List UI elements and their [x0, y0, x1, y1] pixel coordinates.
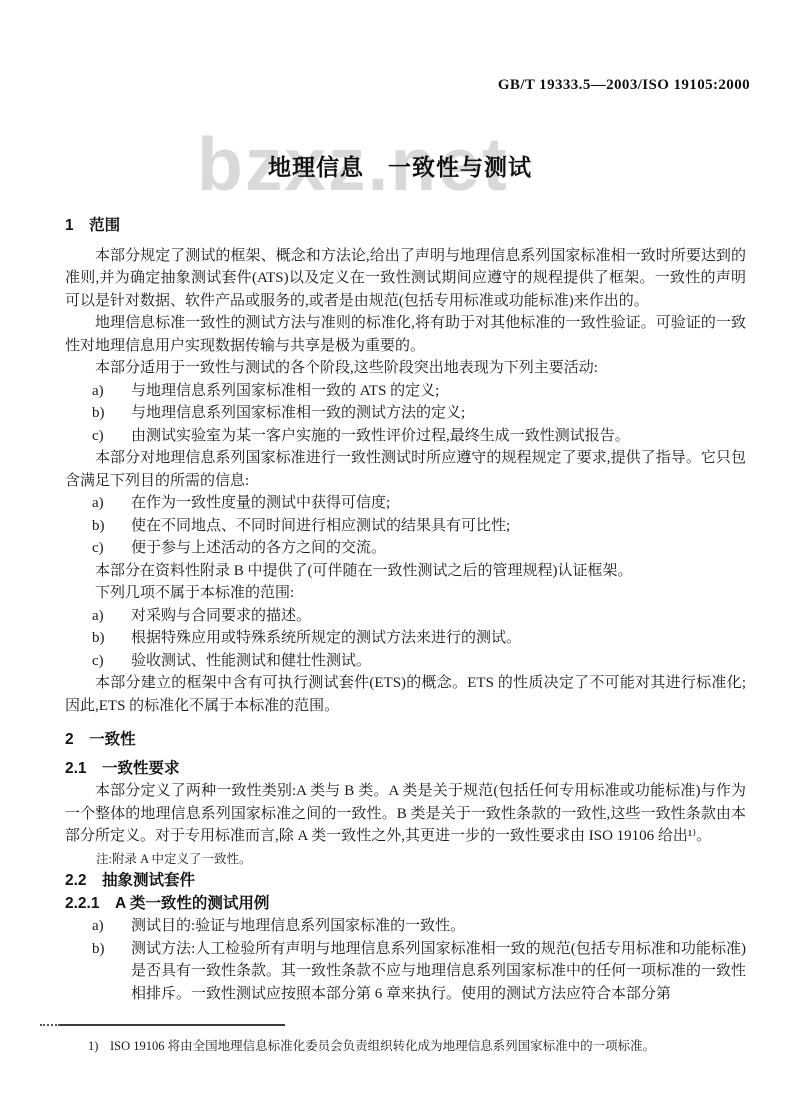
scope-paragraph-1: 本部分规定了测试的框架、概念和方法论,给出了声明与地理信息系列国家标准相一致时所…	[65, 245, 746, 313]
footnote-rule-line	[60, 1024, 285, 1026]
footnote-area: 1)ISO 19106 将由全国地理信息标准化委员会负责组织转化成为地理信息系列…	[40, 1024, 760, 1056]
conformance-paragraph-1: 本部分定义了两种一致性类别:A 类与 B 类。A 类是关于规范(包括任何专用标准…	[65, 780, 746, 848]
list-item-label: b)	[92, 515, 105, 538]
list-item-label: c)	[92, 425, 104, 448]
document-page: GB/T 19333.5—2003/ISO 19105:2000 bzxz.ne…	[0, 0, 800, 1117]
list-item-text: 便于参与上述活动的各方之间的交流。	[131, 540, 386, 556]
list-item-text: 与地理信息系列国家标准相一致的测试方法的定义;	[131, 405, 465, 421]
list-item-label: b)	[92, 627, 105, 650]
list-item-label: a)	[92, 605, 104, 628]
list-item-text: 由测试实验室为某一客户实施的一致性评价过程,最终生成一致性测试报告。	[131, 428, 630, 444]
list-item-text: 验收测试、性能测试和健壮性测试。	[131, 653, 371, 669]
document-body: 1 范围 本部分规定了测试的框架、概念和方法论,给出了声明与地理信息系列国家标准…	[65, 215, 746, 1005]
list-item-label: c)	[92, 650, 104, 673]
doc-number: GB/T 19333.5—2003/ISO 19105:2000	[498, 77, 750, 94]
list-item-text: 测试方法:人工检验所有声明与地理信息系列国家标准相一致的规范(包括专用标准和功能…	[131, 941, 746, 1002]
list-item-text: 对采购与合同要求的描述。	[131, 608, 311, 624]
list-item-label: b)	[92, 402, 105, 425]
scope-paragraph-3: 本部分适用于一致性与测试的各个阶段,这些阶段突出地表现为下列主要活动:	[65, 357, 746, 380]
list-item-label: a)	[92, 492, 104, 515]
footnote: 1)ISO 19106 将由全国地理信息标准化委员会负责组织转化成为地理信息系列…	[40, 1037, 760, 1056]
footnote-rule	[40, 1024, 760, 1027]
footnote-rule-dots	[40, 1024, 60, 1026]
scope-paragraph-6: 下列几项不属于本标准的范围:	[65, 582, 746, 605]
list-item-text: 测试目的:验证与地理信息系列国家标准的一致性。	[131, 918, 465, 934]
list-item-text: 根据特殊应用或特殊系统所规定的测试方法来进行的测试。	[131, 630, 521, 646]
list-item: a)与地理信息系列国家标准相一致的 ATS 的定义;	[65, 380, 746, 403]
list-item-text: 使在不同地点、不同时间进行相应测试的结果具有可比性;	[131, 518, 510, 534]
section-2-heading: 2 一致性	[65, 729, 746, 752]
list-item: a)测试目的:验证与地理信息系列国家标准的一致性。	[65, 915, 746, 938]
list-item: c)由测试实验室为某一客户实施的一致性评价过程,最终生成一致性测试报告。	[65, 425, 746, 448]
scope-paragraph-2: 地理信息标准一致性的测试方法与准则的标准化,将有助于对其他标准的一致性验证。可验…	[65, 312, 746, 357]
list-item: b)与地理信息系列国家标准相一致的测试方法的定义;	[65, 402, 746, 425]
test-case-list: a)测试目的:验证与地理信息系列国家标准的一致性。 b)测试方法:人工检验所有声…	[65, 915, 746, 1005]
section-2-2-heading: 2.2 抽象测试套件	[65, 870, 746, 893]
scope-paragraph-5: 本部分在资料性附录 B 中提供了(可伴随在一致性测试之后的管理规程)认证框架。	[65, 560, 746, 583]
list-item-label: c)	[92, 537, 104, 560]
list-item: b)根据特殊应用或特殊系统所规定的测试方法来进行的测试。	[65, 627, 746, 650]
footnote-label: 1)	[88, 1037, 98, 1056]
activities-list: a)与地理信息系列国家标准相一致的 ATS 的定义; b)与地理信息系列国家标准…	[65, 380, 746, 448]
scope-paragraph-7: 本部分建立的框架中含有可执行测试套件(ETS)的概念。ETS 的性质决定了不可能…	[65, 672, 746, 717]
list-item-text: 与地理信息系列国家标准相一致的 ATS 的定义;	[131, 383, 439, 399]
footnote-text: ISO 19106 将由全国地理信息标准化委员会负责组织转化成为地理信息系列国家…	[110, 1039, 655, 1053]
section-2-1-heading: 2.1 一致性要求	[65, 758, 746, 781]
list-item: a)对采购与合同要求的描述。	[65, 605, 746, 628]
list-item: b)使在不同地点、不同时间进行相应测试的结果具有可比性;	[65, 515, 746, 538]
section-1-heading: 1 范围	[65, 215, 746, 238]
list-item: c)验收测试、性能测试和健壮性测试。	[65, 650, 746, 673]
purposes-list: a)在作为一致性度量的测试中获得可信度; b)使在不同地点、不同时间进行相应测试…	[65, 492, 746, 560]
list-item-text: 在作为一致性度量的测试中获得可信度;	[131, 495, 390, 511]
list-item: c)便于参与上述活动的各方之间的交流。	[65, 537, 746, 560]
section-2-2-1-heading: 2.2.1 A 类一致性的测试用例	[65, 893, 746, 916]
list-item: a)在作为一致性度量的测试中获得可信度;	[65, 492, 746, 515]
list-item-label: a)	[92, 380, 104, 403]
exclusions-list: a)对采购与合同要求的描述。 b)根据特殊应用或特殊系统所规定的测试方法来进行的…	[65, 605, 746, 673]
list-item: b)测试方法:人工检验所有声明与地理信息系列国家标准相一致的规范(包括专用标准和…	[65, 938, 746, 1006]
list-item-label: b)	[92, 938, 105, 961]
document-title: 地理信息 一致性与测试	[0, 149, 800, 182]
note-text: 注:附录 A 中定义了一致性。	[65, 848, 746, 871]
list-item-label: a)	[92, 915, 104, 938]
scope-paragraph-4: 本部分对地理信息系列国家标准进行一致性测试时所应遵守的规程规定了要求,提供了指导…	[65, 447, 746, 492]
